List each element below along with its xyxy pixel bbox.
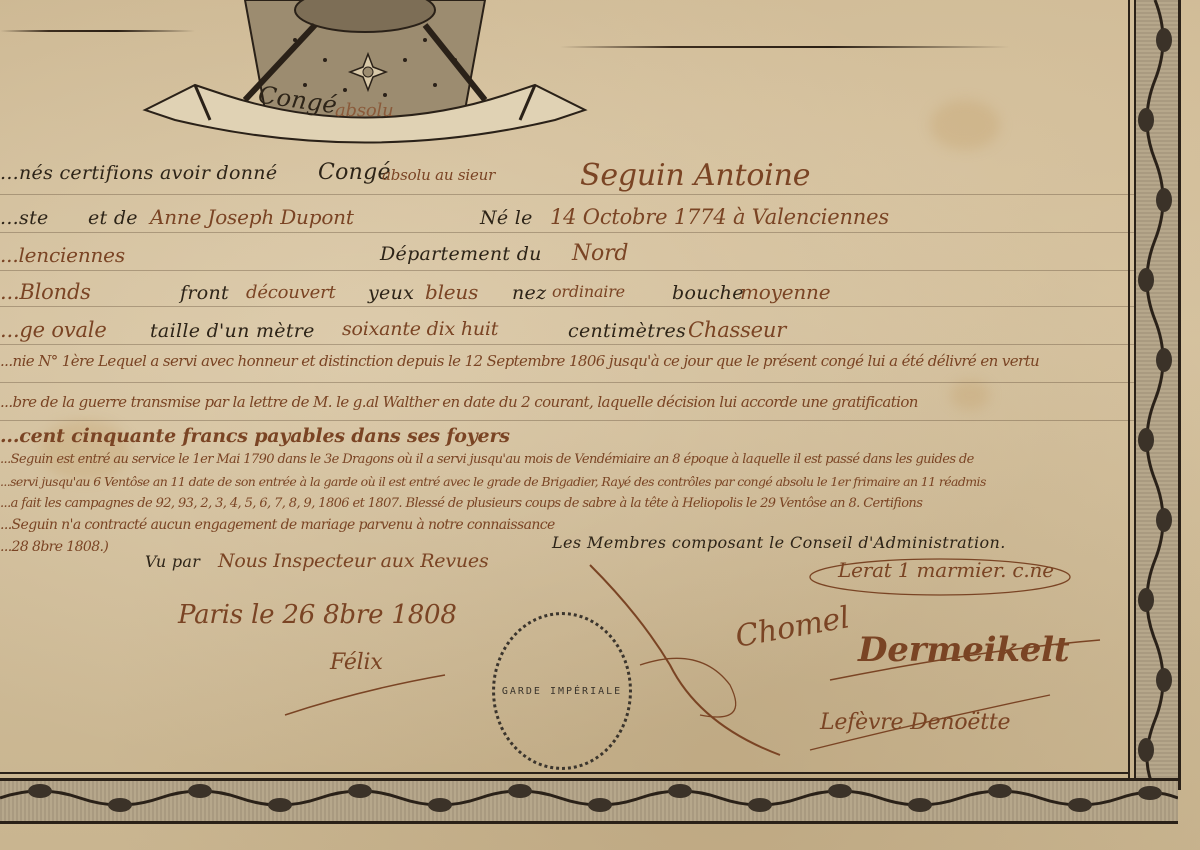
imperial-emblem-icon (135, 0, 595, 150)
decorative-border-bottom (0, 778, 1178, 824)
vu-par-label: Vu par (145, 552, 200, 571)
bouche-label: bouche (672, 282, 744, 304)
nez-value: ordinaire (552, 282, 625, 301)
nez-label: nez (512, 282, 546, 304)
place-date: Paris le 26 8bre 1808 (178, 600, 457, 630)
signature-flourish-icon (280, 640, 450, 720)
ruled-line (0, 232, 1138, 233)
ruled-line (0, 344, 1138, 345)
signature-dermeikelt: Dermeikelt (858, 630, 1069, 670)
frame-inner-line (0, 772, 1130, 774)
signature-lerat: Lerat 1 marmier. c.ne (838, 558, 1054, 582)
inspector-title: Nous Inspecteur aux Revues (218, 550, 489, 572)
ruled-line (0, 306, 1138, 307)
paper-stain (950, 380, 990, 410)
visage-value: ...ge ovale (0, 318, 107, 342)
corps-value: Chasseur (688, 318, 786, 342)
banner-absolu-handwritten: absolu (335, 100, 393, 121)
ruled-line (0, 270, 1138, 271)
line1-handwritten: absolu au sieur (382, 166, 495, 184)
ruled-line (0, 420, 1138, 421)
body-line: ...bre de la guerre transmise par la let… (0, 393, 918, 411)
signature-lefevre-denoette: Lefèvre Denoëtte (820, 710, 1010, 735)
birth-date-place: 14 Octobre 1774 à Valenciennes (550, 205, 889, 229)
mother-name: Anne Joseph Dupont (150, 205, 354, 229)
body-line: ...28 8bre 1808.) (0, 539, 108, 555)
frame-inner-line (1128, 0, 1130, 778)
ruled-line (0, 382, 1138, 383)
body-line: ...nie N° 1ère Lequel a servi avec honne… (0, 352, 1039, 370)
decorative-border-right (1134, 0, 1181, 790)
bouche-value: moyenne (740, 280, 830, 304)
body-line: ...a fait les campagnes de 92, 93, 2, 3,… (0, 496, 922, 511)
taille-label: taille d'un mètre (150, 320, 315, 342)
body-line: ...Seguin n'a contracté aucun engagement… (0, 517, 555, 533)
front-value: découvert (246, 282, 336, 303)
oak-leaf-vine-icon (0, 781, 1178, 815)
departement-label: Département du (380, 243, 542, 265)
yeux-label: yeux (368, 282, 414, 304)
top-rule-right (560, 46, 1010, 48)
body-line: ...servi jusqu'au 6 Ventôse an 11 date d… (0, 474, 986, 489)
line1-conge: Congé (318, 160, 391, 185)
departement-value: Nord (572, 241, 628, 266)
taille-value: soixante dix huit (342, 318, 498, 340)
body-line: ...Seguin est entré au service le 1er Ma… (0, 452, 974, 467)
soldier-name: Seguin Antoine (580, 158, 810, 193)
body-line-gratification: ...cent cinquante francs payables dans s… (0, 425, 510, 447)
hair-value: ...Blonds (0, 280, 91, 304)
council-heading: Les Membres composant le Conseil d'Admin… (552, 533, 1006, 552)
line1-printed: ...nés certifions avoir donné (0, 162, 277, 184)
paper-stain (930, 100, 1000, 150)
line2-printed-b: et de (88, 207, 138, 229)
centimetres-label: centimètres (568, 320, 686, 342)
line2-printed-a: ...ste (0, 207, 49, 229)
line3-town: ...lenciennes (0, 243, 125, 267)
line2-ne-le: Né le (480, 207, 533, 229)
ruled-line (0, 194, 1138, 195)
yeux-value: bleus (425, 280, 478, 304)
oak-leaf-vine-icon (1136, 0, 1174, 790)
front-label: front (180, 282, 229, 304)
